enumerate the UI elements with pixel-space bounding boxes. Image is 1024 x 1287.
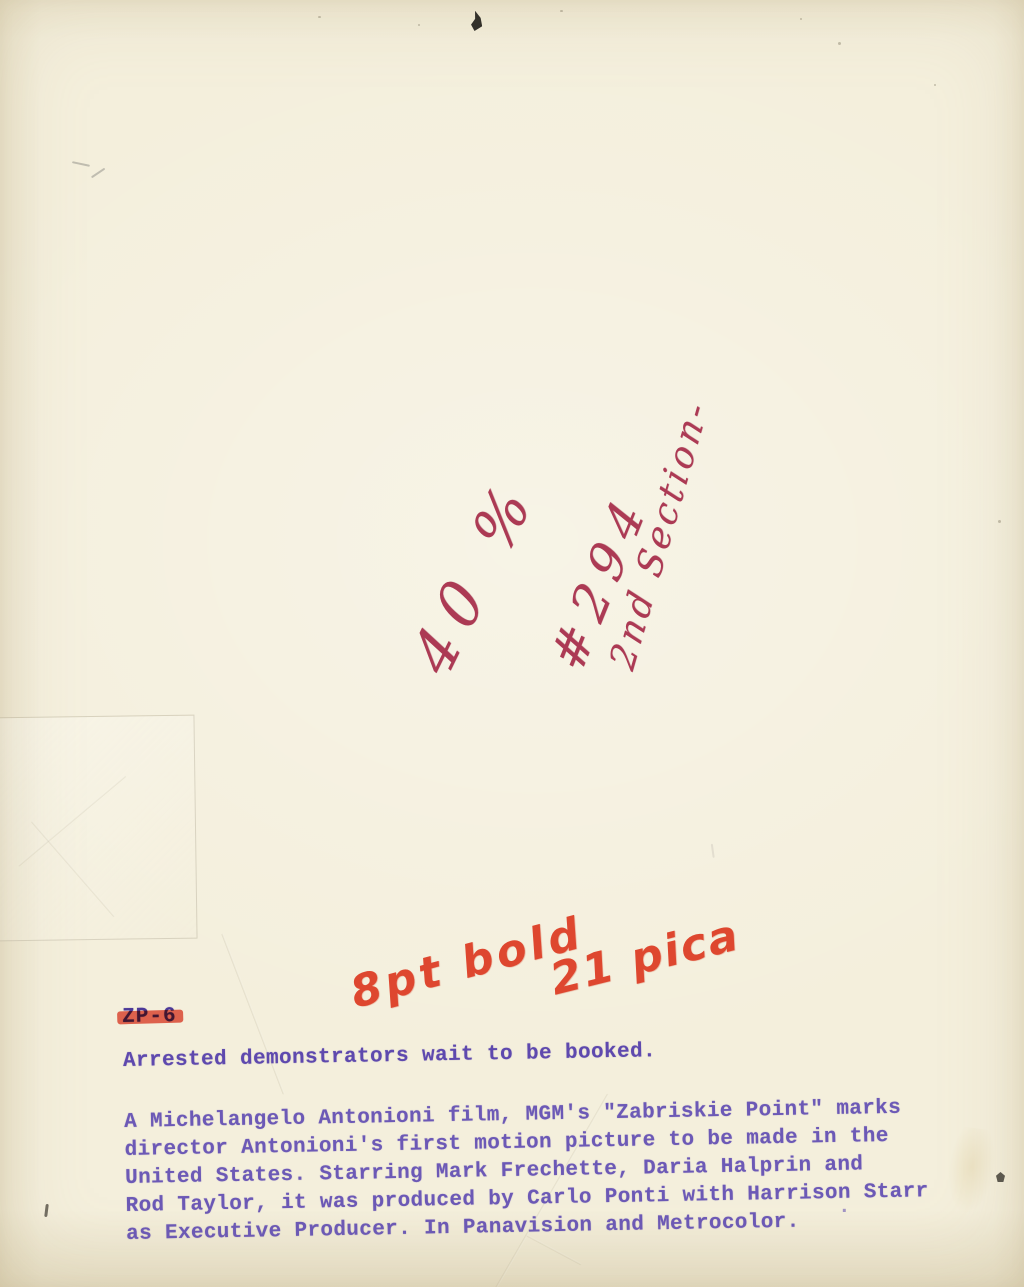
tape-residue [0,715,198,942]
paper-scratch [91,168,105,178]
photo-code: ZP-6 [122,1005,177,1030]
paper-speck [800,18,802,20]
ink-speck [996,1172,1005,1182]
paper-speck [418,24,420,26]
paper-speck [998,520,1001,523]
paper-speck [934,84,936,86]
stray-type-mark: . [838,1196,851,1219]
photo-verso-sheet: 40 % #294 2nd Section- 8pt bold 21 pica … [0,0,1024,1287]
strike-through-mark [117,1010,184,1025]
paper-speck [560,10,563,12]
paper-scratch [72,161,90,166]
paper-scratch [711,844,714,858]
paper-speck [318,16,321,18]
caption-line: Arrested demonstrators wait to be booked… [123,1034,963,1075]
caption-paragraph: A Michelangelo Antonioni film, MGM's "Za… [124,1094,966,1249]
pen-tick-mark [44,1204,49,1217]
paper-speck [838,42,841,45]
ink-blot [466,10,484,32]
